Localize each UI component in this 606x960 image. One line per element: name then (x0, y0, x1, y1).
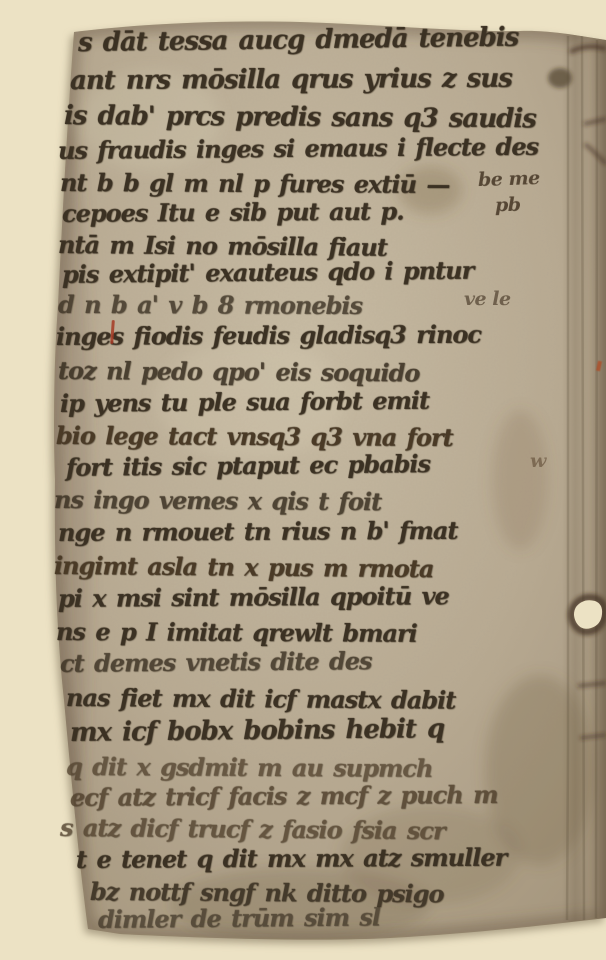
manuscript-line: nt b b gl m nl p fures extiū — (60, 171, 449, 197)
manuscript-line: bio lege tact vnsq3 q3 vna fort (56, 424, 453, 450)
manuscript-line: s dāt tessa aucg dmedā tenebis (78, 25, 519, 56)
manuscript-line: ingimt asla tn x pus m rmota (54, 554, 434, 581)
manuscript-line: inges fiodis feudis gladisq3 rinoc (56, 323, 481, 349)
manuscript-line: us fraudis inges si emaus i flecte des (58, 135, 538, 163)
margin-note: be me (478, 169, 540, 190)
manuscript-line: mx icf bobx bobins hebit q (70, 716, 444, 746)
margin-note: ve le (464, 290, 511, 309)
manuscript-line: ns ingo vemes x qis t foit (54, 488, 381, 514)
manuscript-line: ant nrs mōsilla qrus yrius z sus (70, 66, 512, 94)
manuscript-line: ecf atz tricf facis z mcf z puch m (70, 783, 498, 810)
manuscript-line: is dab' prcs predis sans q3 saudis (64, 103, 536, 132)
margin-note: pb (495, 196, 521, 215)
red-fleck (596, 361, 602, 372)
manuscript-line: q dit x gsdmit m au supmch (66, 755, 433, 781)
manuscript-line: nas fiet mx dit icf mastx dabit (66, 686, 456, 713)
manuscript-line: pi x msi sint mōsilla qpoitū ve (58, 584, 449, 611)
manuscript-line: bz nottf sngf nk ditto psigo (90, 880, 444, 906)
manuscript-line: d n b a' v b 8 rmonebis (58, 293, 362, 318)
margin-note: w (530, 452, 546, 471)
manuscript-line: dimler de trūm sim sl (98, 906, 380, 932)
manuscript-line: toz nl pedo qpo' eis soquido (58, 359, 420, 386)
manuscript-text: s dāt tessa aucg dmedā tenebis ant nrs m… (0, 0, 606, 960)
manuscript-line: ntā m Isi no mōsilla fiaut (58, 233, 387, 260)
manuscript-line: ct demes vnetis dite des (60, 649, 372, 676)
manuscript-line: s atz dicf trucf z fasio fsia scr (60, 816, 445, 843)
manuscript-line: ip yens tu ple sua forbt emit (60, 389, 429, 416)
manuscript-line: ns e p I imitat qrewlt bmari (56, 620, 417, 646)
manuscript-line: pis extipit' exauteus qdo i pntur (62, 259, 474, 287)
manuscript-line: nge n rmouet tn rius n b' fmat (58, 519, 458, 545)
photo-of-manuscript: s dāt tessa aucg dmedā tenebis ant nrs m… (0, 0, 606, 960)
manuscript-line: fort itis sic ptaput ec pbabis (66, 452, 430, 480)
manuscript-line: cepoes Itu e sib put aut p. (62, 200, 404, 226)
manuscript-line: t e tenet q dit mx mx atz smuller (76, 846, 506, 872)
